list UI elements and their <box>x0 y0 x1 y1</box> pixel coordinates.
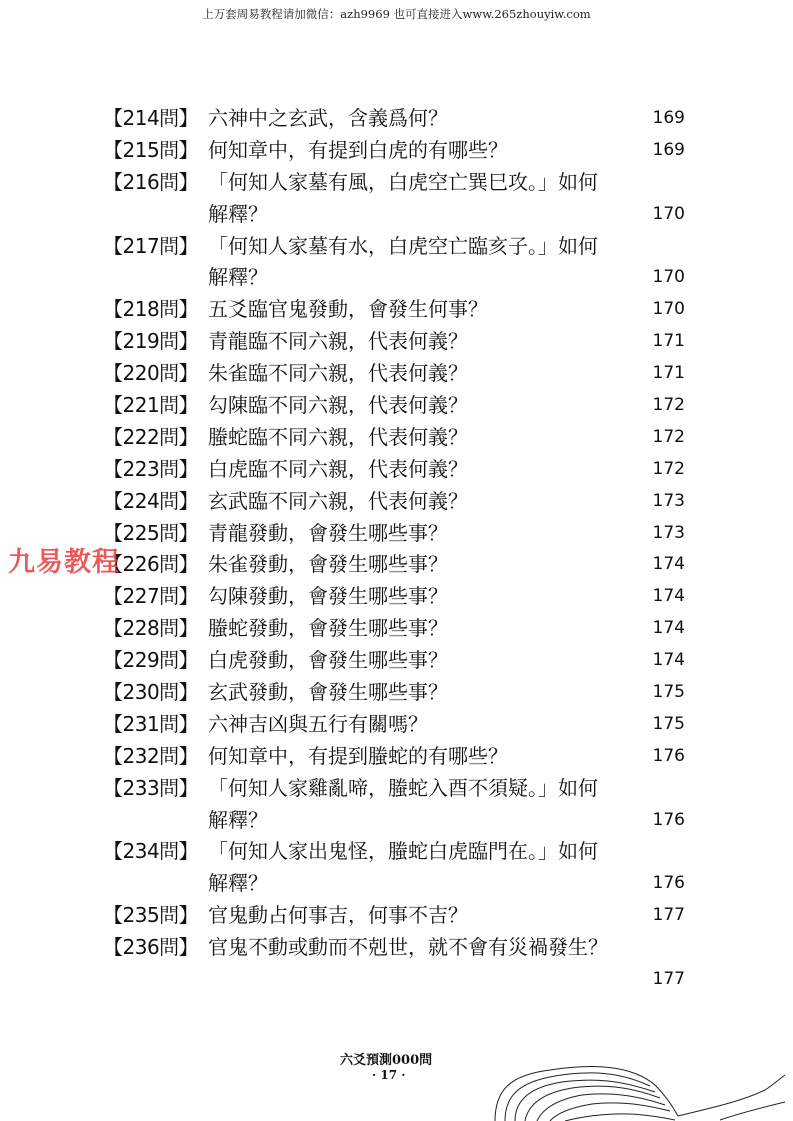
question-number: 【223問】 <box>103 454 198 486</box>
toc-entry: 【225問】青龍發動，會發生哪些事？173 <box>103 518 685 550</box>
top-banner: 上万套周易教程请加微信：azh9969 也可直接进入www.265zhouyiw… <box>0 6 793 22</box>
question-title: 勾陳臨不同六親，代表何義？ <box>208 390 468 422</box>
question-title: 解釋？ <box>208 199 268 231</box>
page-number: 173 <box>653 486 685 518</box>
question-title: 青龍臨不同六親，代表何義？ <box>208 326 468 358</box>
page-number: 174 <box>653 613 685 645</box>
toc-entry: 【218問】五爻臨官鬼發動，會發生何事？170 <box>103 294 685 326</box>
question-title: 解釋？ <box>208 262 268 294</box>
question-title: 「何知人家雞亂啼，螣蛇入酉不須疑。」如何 <box>208 773 598 805</box>
question-title: 「何知人家墓有水，白虎空亡臨亥子。」如何 <box>208 231 598 263</box>
toc-entry: 【222問】螣蛇臨不同六親，代表何義？172 <box>103 422 685 454</box>
question-title: 玄武臨不同六親，代表何義？ <box>208 486 468 518</box>
question-title: 解釋？ <box>208 805 268 837</box>
page-number: 174 <box>653 645 685 677</box>
question-number: 【227問】 <box>103 581 198 613</box>
toc-entry: 【220問】朱雀臨不同六親，代表何義？171 <box>103 358 685 390</box>
page-number: 176 <box>653 741 685 773</box>
table-of-contents: 【214問】六神中之玄武，含義爲何？169【215問】何知章中，有提到白虎的有哪… <box>103 103 685 996</box>
question-number: 【236問】 <box>103 932 198 964</box>
page-number: 172 <box>653 422 685 454</box>
toc-entry: 解釋？170 <box>103 199 685 231</box>
question-title: 「何知人家墓有風，白虎空亡巽巳攻。」如何 <box>208 167 598 199</box>
question-title: 「何知人家出鬼怪，螣蛇白虎臨門在。」如何 <box>208 836 598 868</box>
question-number: 【215問】 <box>103 135 198 167</box>
question-number: 【224問】 <box>103 486 198 518</box>
question-title: 官鬼動占何事吉，何事不吉？ <box>208 900 468 932</box>
page-number: 175 <box>653 709 685 741</box>
footer-page-number: · 17 · <box>372 1068 405 1082</box>
question-number: 【221問】 <box>103 390 198 422</box>
toc-entry: 【219問】青龍臨不同六親，代表何義？171 <box>103 326 685 358</box>
question-number: 【217問】 <box>103 231 198 263</box>
question-title: 五爻臨官鬼發動，會發生何事？ <box>208 294 488 326</box>
decorative-wave-illustration <box>490 1050 790 1121</box>
page-number: 170 <box>653 262 685 294</box>
toc-entry: 【216問】「何知人家墓有風，白虎空亡巽巳攻。」如何 <box>103 167 685 199</box>
question-number: 【216問】 <box>103 167 198 199</box>
question-number: 【214問】 <box>103 103 198 135</box>
question-title: 白虎臨不同六親，代表何義？ <box>208 454 468 486</box>
toc-entry: 【215問】何知章中，有提到白虎的有哪些？169 <box>103 135 685 167</box>
page-number: 171 <box>653 358 685 390</box>
toc-entry: 【224問】玄武臨不同六親，代表何義？173 <box>103 486 685 518</box>
toc-entry: 【226問】朱雀發動，會發生哪些事？174 <box>103 549 685 581</box>
toc-entry: 【223問】白虎臨不同六親，代表何義？172 <box>103 454 685 486</box>
page-number: 172 <box>653 454 685 486</box>
question-title: 青龍發動，會發生哪些事？ <box>208 518 448 550</box>
question-number: 【235問】 <box>103 900 198 932</box>
question-title: 朱雀發動，會發生哪些事？ <box>208 549 448 581</box>
toc-entry: 177 <box>103 964 685 996</box>
question-number: 【228問】 <box>103 613 198 645</box>
question-title: 朱雀臨不同六親，代表何義？ <box>208 358 468 390</box>
question-number: 【219問】 <box>103 326 198 358</box>
toc-entry: 【228問】螣蛇發動，會發生哪些事？174 <box>103 613 685 645</box>
footer-book-title: 六爻預測000問 <box>340 1049 432 1068</box>
toc-entry: 【214問】六神中之玄武，含義爲何？169 <box>103 103 685 135</box>
page-number: 176 <box>653 868 685 900</box>
question-number: 【229問】 <box>103 645 198 677</box>
toc-entry: 解釋？176 <box>103 805 685 837</box>
question-title: 六神中之玄武，含義爲何？ <box>208 103 448 135</box>
question-number: 【218問】 <box>103 294 198 326</box>
toc-entry: 【227問】勾陳發動，會發生哪些事？174 <box>103 581 685 613</box>
page-number: 169 <box>653 103 685 135</box>
page-number: 169 <box>653 135 685 167</box>
question-title: 官鬼不動或動而不剋世，就不會有災禍發生？ <box>208 932 608 964</box>
question-number: 【220問】 <box>103 358 198 390</box>
question-title: 何知章中，有提到螣蛇的有哪些？ <box>208 741 508 773</box>
toc-entry: 【231問】六神吉凶與五行有關嗎？175 <box>103 709 685 741</box>
question-number: 【234問】 <box>103 836 198 868</box>
toc-entry: 【236問】官鬼不動或動而不剋世，就不會有災禍發生？ <box>103 932 685 964</box>
question-title: 白虎發動，會發生哪些事？ <box>208 645 448 677</box>
question-title: 何知章中，有提到白虎的有哪些？ <box>208 135 508 167</box>
question-number: 【232問】 <box>103 741 198 773</box>
toc-entry: 【233問】「何知人家雞亂啼，螣蛇入酉不須疑。」如何 <box>103 773 685 805</box>
page-number: 177 <box>653 900 685 932</box>
question-title: 螣蛇發動，會發生哪些事？ <box>208 613 448 645</box>
page-number: 170 <box>653 294 685 326</box>
toc-entry: 【229問】白虎發動，會發生哪些事？174 <box>103 645 685 677</box>
page-number: 173 <box>653 518 685 550</box>
toc-entry: 解釋？170 <box>103 262 685 294</box>
toc-entry: 【221問】勾陳臨不同六親，代表何義？172 <box>103 390 685 422</box>
question-title: 玄武發動，會發生哪些事？ <box>208 677 448 709</box>
page-number: 175 <box>653 677 685 709</box>
page-number: 174 <box>653 581 685 613</box>
page-number: 172 <box>653 390 685 422</box>
toc-entry: 【230問】玄武發動，會發生哪些事？175 <box>103 677 685 709</box>
toc-entry: 解釋？176 <box>103 868 685 900</box>
question-title: 六神吉凶與五行有關嗎？ <box>208 709 428 741</box>
question-number: 【222問】 <box>103 422 198 454</box>
page-number: 170 <box>653 199 685 231</box>
question-title: 螣蛇臨不同六親，代表何義？ <box>208 422 468 454</box>
toc-entry: 【235問】官鬼動占何事吉，何事不吉？177 <box>103 900 685 932</box>
page-number: 171 <box>653 326 685 358</box>
page-number: 176 <box>653 805 685 837</box>
question-number: 【230問】 <box>103 677 198 709</box>
question-title: 解釋？ <box>208 868 268 900</box>
toc-entry: 【234問】「何知人家出鬼怪，螣蛇白虎臨門在。」如何 <box>103 836 685 868</box>
page-number: 174 <box>653 549 685 581</box>
page-number: 177 <box>653 964 685 996</box>
question-title: 勾陳發動，會發生哪些事？ <box>208 581 448 613</box>
question-number: 【231問】 <box>103 709 198 741</box>
question-number: 【233問】 <box>103 773 198 805</box>
toc-entry: 【217問】「何知人家墓有水，白虎空亡臨亥子。」如何 <box>103 231 685 263</box>
toc-entry: 【232問】何知章中，有提到螣蛇的有哪些？176 <box>103 741 685 773</box>
watermark: 九易教程 <box>8 540 120 579</box>
